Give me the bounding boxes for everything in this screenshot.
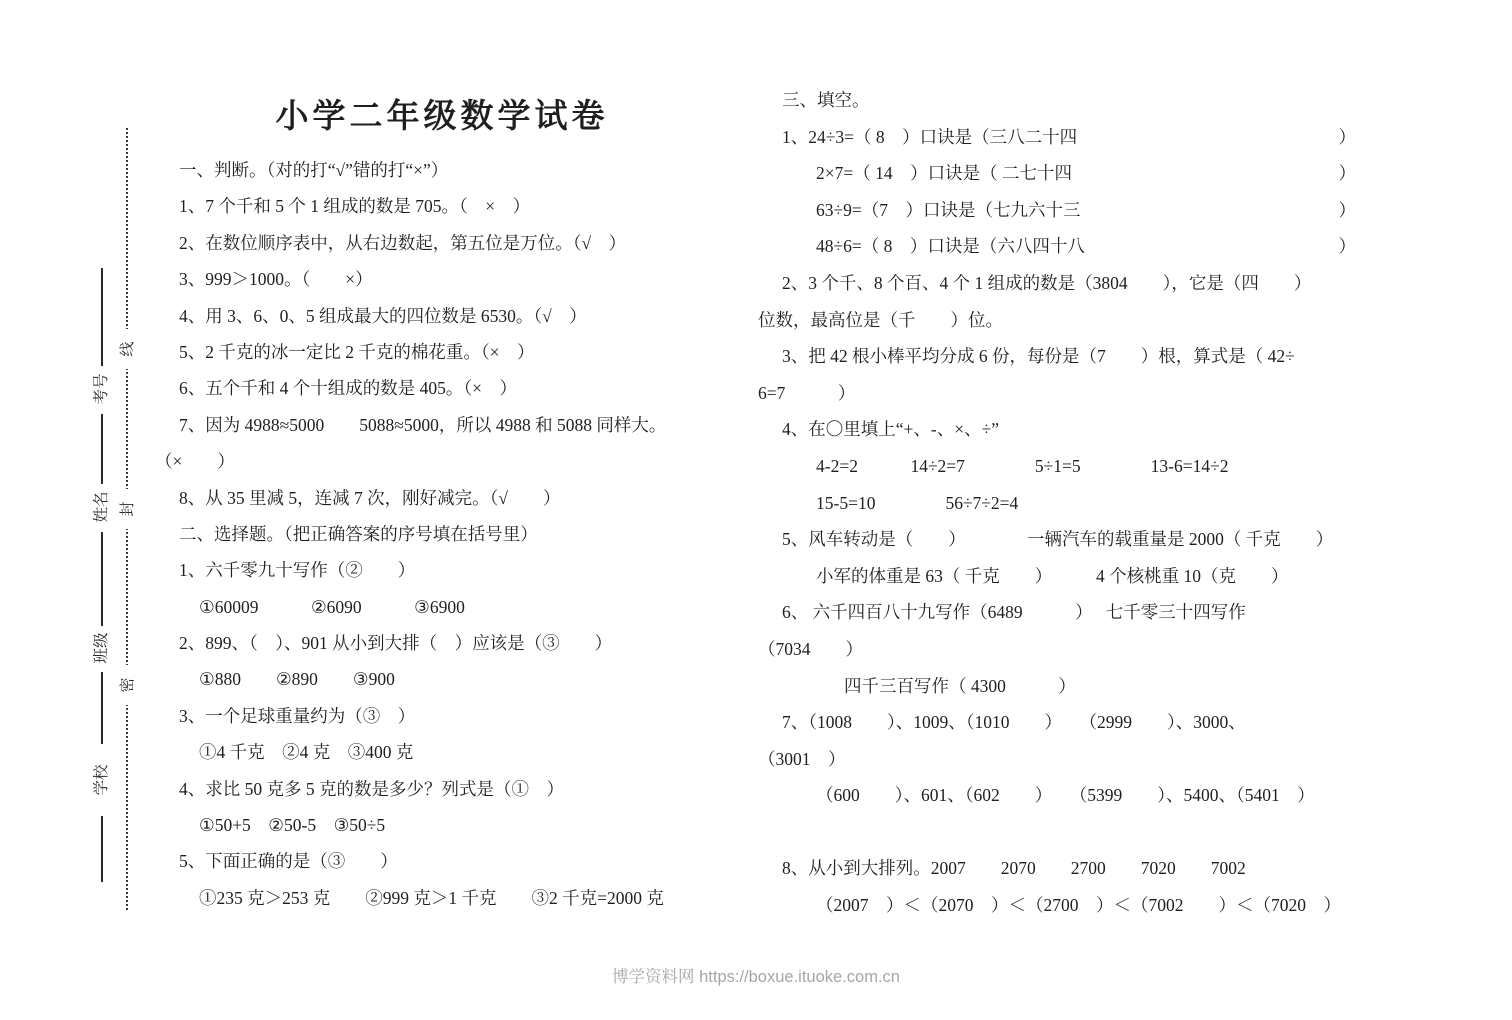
closing-paren: ） xyxy=(1339,119,1357,156)
text-line: 1、六千零九十写作（② ） xyxy=(155,552,731,588)
text-line: 3、一个足球重量约为（③ ） xyxy=(155,698,731,734)
closing-paren: ） xyxy=(1339,228,1357,265)
text-line: 7、（1008 ）、1009、（1010 ） （2999 ）、3000、 xyxy=(758,704,1364,741)
field-label-name: 姓名 xyxy=(93,487,111,527)
footer-credit: 博学资料网 https://boxue.ituoke.com.cn xyxy=(0,963,1512,987)
text-line: 4-2=2 14÷2=7 5÷1=5 13-6=14÷2 xyxy=(758,448,1364,485)
text-line: （600 ）、601、（602 ） （5399 ）、5400、（5401 ） xyxy=(758,777,1364,814)
closing-paren: ） xyxy=(1339,192,1357,229)
rule-line xyxy=(101,672,103,744)
seal-char-line: 线 xyxy=(119,329,137,369)
right-column: 三、填空。1、24÷3=（ 8 ）口诀是（三八二十四）2×7=（ 14 ）口诀是… xyxy=(758,82,1364,924)
text-line: ①235 克＞253 克 ②999 克＞1 千克 ③2 千克=2000 克 xyxy=(155,880,731,916)
text-line: 4、在〇里填上“+、-、×、÷” xyxy=(758,411,1364,448)
text-line: 1、7 个千和 5 个 1 组成的数是 705。（ × ） xyxy=(155,188,731,224)
rule-line xyxy=(101,816,103,882)
text-line: 2、在数位顺序表中，从右边数起，第五位是万位。（√ ） xyxy=(155,225,731,261)
text-line: （× ） xyxy=(155,443,731,479)
text-line xyxy=(758,814,1364,851)
field-label-school: 学校 xyxy=(93,760,111,800)
text-line: 5、风车转动是（ ） 一辆汽车的载重量是 2000（ 千克 ） xyxy=(758,521,1364,558)
text-line: 2、899、（ ）、901 从小到大排（ ）应该是（③ ） xyxy=(155,625,731,661)
text-line: 7、因为 4988≈5000 5088≈5000，所以 4988 和 5088 … xyxy=(155,407,731,443)
text-line: 二、选择题。（把正确答案的序号填在括号里） xyxy=(155,516,731,552)
left-column: 一、判断。（对的打“√”错的打“×”）1、7 个千和 5 个 1 组成的数是 7… xyxy=(155,152,731,916)
text-line: 位数，最高位是（千 ）位。 xyxy=(758,302,1364,339)
text-line: 5、2 千克的冰一定比 2 千克的棉花重。（× ） xyxy=(155,334,731,370)
rule-line xyxy=(101,532,103,626)
text-line: 2、3 个千、8 个百、4 个 1 组成的数是（3804 ），它是（四 ） xyxy=(758,265,1364,302)
text-line: 48÷6=（ 8 ）口诀是（六八四十八） xyxy=(758,228,1364,265)
text-line: 8、从小到大排列。2007 2070 2700 7020 7002 xyxy=(758,850,1364,887)
text-line: 4、用 3、6、0、5 组成最大的四位数是 6530。（√ ） xyxy=(155,298,731,334)
text-line: 小军的体重是 63（ 千克 ） 4 个核桃重 10（克 ） xyxy=(758,558,1364,595)
text-line: 1、24÷3=（ 8 ）口诀是（三八二十四） xyxy=(758,119,1364,156)
text-line: （2007 ）＜（2070 ）＜（2700 ）＜（7002 ）＜（7020 ） xyxy=(758,887,1364,924)
field-label-exam-number: 考号 xyxy=(93,369,111,409)
text-line: （7034 ） xyxy=(758,631,1364,668)
text-line: 5、下面正确的是（③ ） xyxy=(155,843,731,879)
text-line: ①60009 ②6090 ③6900 xyxy=(155,589,731,625)
text-line: 4、求比 50 克多 5 克的数是多少？列式是（① ） xyxy=(155,771,731,807)
text-line: ①50+5 ②50-5 ③50÷5 xyxy=(155,807,731,843)
text-line: 15-5=10 56÷7÷2=4 xyxy=(758,485,1364,522)
text-line: 2×7=（ 14 ）口诀是（ 二七十四） xyxy=(758,155,1364,192)
seal-dotted-line: 线 封 密 xyxy=(126,128,128,910)
text-line: 63÷9=（7 ）口诀是（七九六十三） xyxy=(758,192,1364,229)
text-line: 三、填空。 xyxy=(758,82,1364,119)
text-line: ①4 千克 ②4 克 ③400 克 xyxy=(155,734,731,770)
text-line: 一、判断。（对的打“√”错的打“×”） xyxy=(155,152,731,188)
text-line: 6、 六千四百八十九写作（6489 ） 七千零三十四写作 xyxy=(758,594,1364,631)
text-line: 6、五个千和 4 个十组成的数是 405。（× ） xyxy=(155,370,731,406)
seal-char-feng: 封 xyxy=(119,489,137,529)
text-line: 8、从 35 里减 5，连减 7 次，刚好减完。（√ ） xyxy=(155,480,731,516)
text-line: 6=7 ） xyxy=(758,375,1364,412)
seal-char-mi: 密 xyxy=(119,665,137,705)
rule-line xyxy=(101,268,103,366)
rule-line xyxy=(101,414,103,484)
field-label-class: 班级 xyxy=(93,628,111,668)
exam-paper-page: 线 封 密 考号 姓名 班级 学校 小学二年级数学试卷 一、判断。（对的打“√”… xyxy=(0,0,1512,1020)
text-line: 3、把 42 根小棒平均分成 6 份，每份是（7 ）根，算式是（ 42÷ xyxy=(758,338,1364,375)
text-line: （3001 ） xyxy=(758,741,1364,778)
text-line: 四千三百写作（ 4300 ） xyxy=(758,668,1364,705)
page-title: 小学二年级数学试卷 xyxy=(155,90,729,137)
text-line: ①880 ②890 ③900 xyxy=(155,661,731,697)
closing-paren: ） xyxy=(1339,155,1357,192)
text-line: 3、999＞1000。（ ×） xyxy=(155,261,731,297)
